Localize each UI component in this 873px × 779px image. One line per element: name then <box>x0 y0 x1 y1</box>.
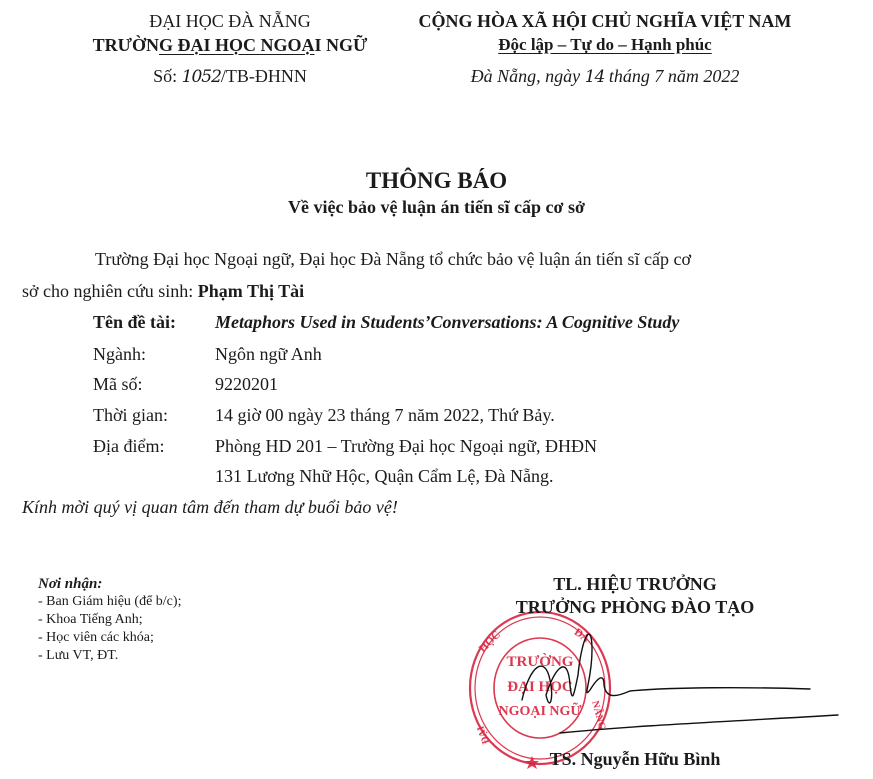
recipients-heading: Nơi nhận: <box>38 575 181 593</box>
recipient-item: - Lưu VT, ĐT. <box>38 647 181 665</box>
recipients-block: Nơi nhận: - Ban Giám hiệu (để b/c); - Kh… <box>38 575 181 665</box>
invitation-text: Kính mời quý vị quan tâm đến tham dự buổ… <box>22 493 398 521</box>
location-address: 131 Lương Nhữ Hộc, Quận Cẩm Lệ, Đà Nẵng. <box>215 462 553 490</box>
intro-paragraph-line1: Trường Đại học Ngoại ngữ, Đại học Đà Nẵn… <box>95 245 691 273</box>
detail-row-code: Mã số:9220201 <box>93 370 278 398</box>
country-name: CỘNG HÒA XÃ HỘI CHỦ NGHĨA VIỆT NAM <box>360 8 850 34</box>
document-title: THÔNG BÁO <box>0 166 873 196</box>
document-subtitle: Về việc bảo vệ luận án tiến sĩ cấp cơ sở <box>0 195 873 219</box>
intro-paragraph-line2: sở cho nghiên cứu sinh: Phạm Thị Tài <box>22 277 304 305</box>
stamp-ring-text: ĐẠI <box>475 724 492 745</box>
signature-on-behalf: TL. HIỆU TRƯỞNG <box>440 573 830 595</box>
signer-name: TS. Nguyễn Hữu Bình <box>440 747 830 771</box>
handwritten-signature <box>520 625 840 735</box>
detail-row-location: Địa điểm:Phòng HD 201 – Trường Đại học N… <box>93 432 597 460</box>
detail-row-major: Ngành:Ngôn ngữ Anh <box>93 340 322 368</box>
recipient-item: - Ban Giám hiệu (để b/c); <box>38 593 181 611</box>
recipient-item: - Học viên các khóa; <box>38 629 181 647</box>
national-motto: Độc lập – Tự do – Hạnh phúc <box>360 34 850 56</box>
signature-position: TRƯỞNG PHÒNG ĐÀO TẠO <box>440 596 830 618</box>
parent-organization: ĐẠI HỌC ĐÀ NẴNG <box>60 8 400 34</box>
document-number: Số: 1052/TB-ĐHNN <box>60 58 400 95</box>
issue-date: Đà Nẵng, ngày 14 tháng 7 năm 2022 <box>360 58 850 95</box>
detail-row-time: Thời gian:14 giờ 00 ngày 23 tháng 7 năm … <box>93 401 555 429</box>
candidate-name: Phạm Thị Tài <box>198 281 304 301</box>
organization-name: TRƯỜNG ĐẠI HỌC NGOẠI NGỮ <box>60 34 400 56</box>
national-header: CỘNG HÒA XÃ HỘI CHỦ NGHĨA VIỆT NAM Độc l… <box>360 8 850 95</box>
detail-row-topic: Tên đề tài:Metaphors Used in Students’Co… <box>93 308 679 336</box>
issuer-block: ĐẠI HỌC ĐÀ NẴNG TRƯỜNG ĐẠI HỌC NGOẠI NGỮ… <box>60 8 400 95</box>
recipient-item: - Khoa Tiếng Anh; <box>38 611 181 629</box>
